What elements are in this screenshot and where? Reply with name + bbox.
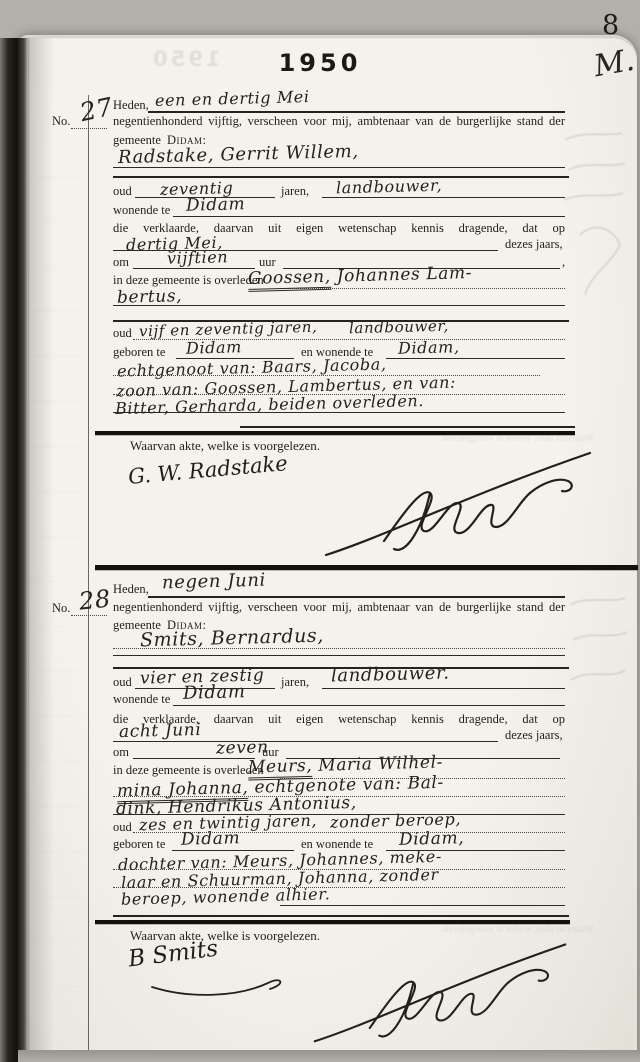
entry2-family-ruleline3: [280, 905, 565, 906]
entry2-om-label: om: [113, 745, 129, 760]
register-page-scan: 1950 1950 8 M. No. 27 Heden, een en dert…: [0, 0, 640, 1062]
entry2-act-date: negen Juni: [162, 570, 266, 594]
entry2-declarant-occupation: landbouwer.: [331, 662, 450, 686]
entry1-declarant-residence: Didam: [186, 194, 246, 216]
entry1-deceased-surname: Goossen,: [248, 267, 331, 292]
entry2-signature-flourish: [150, 975, 290, 999]
entry1-wonende-label: wonende te: [113, 203, 170, 218]
entry1-closing-line: Waarvan akte, welke is voorgelezen.: [130, 438, 320, 454]
entry1-death-hour: vijftien: [167, 247, 229, 268]
entry1-no-label: No.: [52, 114, 70, 129]
entry1-closing-bar: [95, 431, 575, 435]
entry2-closing-bar: [95, 920, 570, 924]
entry2-deathdate-ruleline: [113, 741, 498, 742]
entry2-death-date: acht Juni: [119, 720, 202, 742]
entry1-hour-ruleline-a: [133, 268, 255, 269]
entry2-jaren-label: jaren,: [281, 675, 309, 690]
bleed-through-scribble-middle: [565, 590, 630, 720]
entry2-dezes-jaars-label: dezes jaars,: [505, 728, 563, 743]
margin-divider-line: [88, 95, 89, 1050]
entry1-deceased-born-at: Didam: [186, 337, 242, 357]
entry1-heden-label: Heden,: [113, 98, 149, 113]
entry2-oud2-label: oud: [113, 820, 132, 835]
entry1-act-date: een en dertig Mei: [155, 87, 310, 110]
registrar-signature: [318, 443, 598, 561]
bleed-through-scribble-top: [560, 125, 630, 315]
entry1-jaren-label: jaren,: [281, 184, 309, 199]
entry2-act-number: 28: [78, 584, 113, 615]
entry1-no-ruleline: [71, 128, 107, 129]
entry1-residence-ruleline: [173, 216, 565, 217]
entry1-occupation-ruleline: [322, 197, 565, 198]
entry1-deceased-name-rest: Johannes Lam-: [336, 263, 472, 287]
entry2-occupation-ruleline: [322, 688, 565, 689]
entry1-name-ruleline: [113, 167, 565, 168]
entry1-declarant-occupation: landbouwer,: [336, 176, 443, 198]
entry1-deceased-occupation: landbouwer,: [349, 317, 449, 338]
margin-annotation: M.: [591, 43, 637, 84]
entry2-wonende-label: wonende te: [113, 692, 170, 707]
entry2-heden-label: Heden,: [113, 582, 149, 597]
entry1-geboren-label: geboren te: [113, 345, 165, 360]
entry2-date-ruleline: [148, 596, 565, 598]
entry1-om-label: om: [113, 255, 129, 270]
entry2-empty-ruleline: [113, 915, 569, 917]
entry1-overleden-label: in deze gemeente is overleden: [113, 273, 264, 288]
entry2-closing-ghost: Waarvan akte, welke is voorgelezen.: [440, 924, 593, 935]
entry2-appeared-line: negentienhonderd vijftig, verscheen voor…: [113, 600, 565, 615]
entry2-declarant-residence: Didam: [183, 681, 246, 704]
entry1-dezes-jaars-label: dezes jaars,: [505, 237, 563, 252]
entry-divider-bar: [95, 565, 638, 570]
entry2-no-label: No.: [52, 601, 70, 616]
entry1-empty-ruleline: [240, 426, 575, 428]
entry1-deceased-residing-at: Didam,: [398, 337, 460, 358]
entry2-oud-label: oud: [113, 675, 132, 690]
entry2-overleden-label: in deze gemeente is overleden: [113, 763, 264, 778]
entry2-geboren-label: geboren te: [113, 837, 165, 852]
bleed-through-ruled-lines: [26, 132, 84, 1012]
entry1-deceased-name-cont: bertus,: [117, 286, 183, 308]
scan-bottom-edge: [18, 1050, 640, 1062]
registrar-signature-2: [290, 935, 590, 1047]
entry1-appeared-line: negentienhonderd vijftig, verscheen voor…: [113, 114, 565, 129]
entry2-deceased-born-at: Didam: [181, 828, 241, 850]
entry1-residing-ruleline: [386, 358, 565, 359]
entry2-residence-ruleline: [173, 705, 565, 706]
entry1-oud-label: oud: [113, 184, 132, 199]
entry2-no-ruleline: [71, 615, 107, 616]
page-number: 8: [602, 10, 619, 41]
entry2-death-hour: zeven: [216, 737, 269, 758]
entry2-name-ruleline: [113, 655, 565, 656]
entry1-oud2-label: oud: [113, 326, 132, 341]
year-heading: 1950: [200, 49, 440, 77]
entry1-date-ruleline: [148, 111, 565, 113]
